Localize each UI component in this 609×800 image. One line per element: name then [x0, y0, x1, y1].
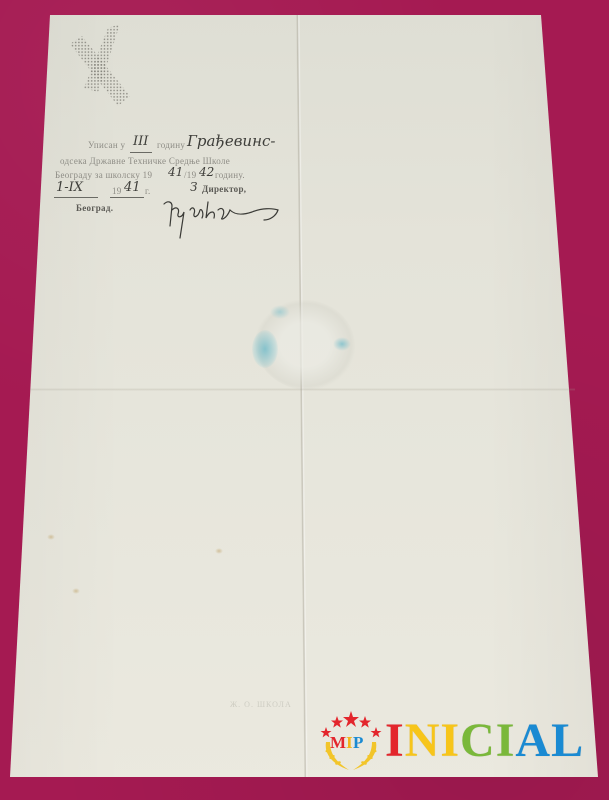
inicial-watermark-logo: M I P INICIAL	[318, 708, 588, 774]
school-year-label: Београду за школску 19	[55, 170, 152, 180]
foxing-spot	[72, 588, 80, 594]
date-year-underline	[110, 197, 144, 198]
brand-letter: I	[385, 717, 405, 765]
blue-ink-stain-left	[252, 330, 278, 368]
svg-text:I: I	[346, 733, 353, 752]
brand-letter: I	[440, 717, 460, 765]
director-label: Директор,	[202, 184, 246, 194]
svg-text:M: M	[330, 733, 346, 752]
school-year-start-handwritten: 41	[168, 165, 183, 179]
brand-letter: L	[551, 717, 584, 765]
grade-underline	[130, 152, 152, 153]
brand-letter: N	[405, 717, 441, 765]
date-underline	[54, 197, 98, 198]
perforated-x-stamp-icon	[68, 22, 138, 107]
blue-ink-stain-top	[270, 305, 290, 319]
year-label: годину	[157, 140, 185, 150]
grade-handwritten: III	[133, 134, 148, 149]
foxing-spot	[47, 534, 55, 540]
date-year-prefix: 19	[112, 186, 122, 196]
enrolled-label: Уписан у	[88, 140, 125, 150]
inicial-brand-text: INICIAL	[385, 717, 584, 765]
show-through-text: Ж. О. ШКОЛА	[230, 700, 292, 709]
school-year-separator: /19	[184, 170, 196, 180]
blue-ink-stain-right	[333, 337, 351, 351]
foxing-spot	[215, 548, 223, 554]
school-year-end-handwritten: 42	[199, 165, 214, 179]
brand-letter: I	[496, 717, 516, 765]
svg-text:P: P	[353, 733, 363, 752]
city-label: Београд.	[76, 203, 113, 213]
year-suffix-label: годину.	[215, 170, 245, 180]
date-year-handwritten: 41	[124, 180, 141, 195]
director-prefix-handwritten: З	[190, 180, 197, 194]
date-suffix: г.	[145, 186, 151, 196]
department-handwritten: Грађевинс-	[187, 132, 275, 150]
date-handwritten: 1-IX	[56, 180, 83, 195]
brand-letter: C	[460, 717, 496, 765]
brand-letter: A	[515, 717, 551, 765]
mip-emblem-icon: M I P	[318, 708, 384, 774]
director-signature	[160, 196, 290, 246]
